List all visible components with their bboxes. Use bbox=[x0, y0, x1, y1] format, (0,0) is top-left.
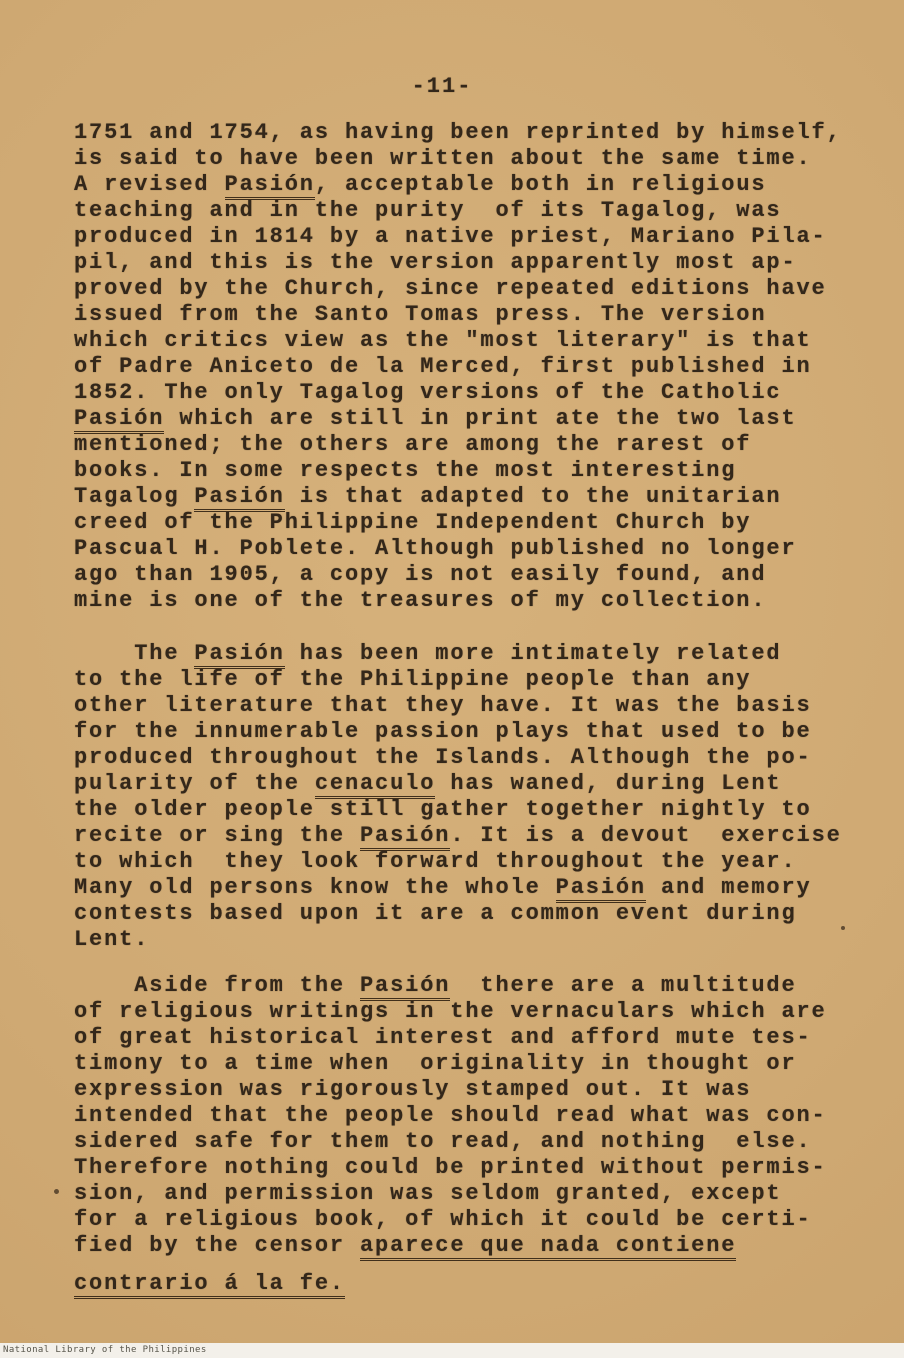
text-line: A revised Pasión, acceptable both in rel… bbox=[74, 172, 842, 198]
paragraph: Aside from the Pasión there are a multit… bbox=[74, 973, 842, 1297]
text-segment: contests based upon it are a common even… bbox=[74, 901, 797, 926]
text-segment: has been more intimately related bbox=[285, 641, 782, 666]
text-line: to the life of the Philippine people tha… bbox=[74, 667, 842, 693]
text-line: Pasión which are still in print ate the … bbox=[74, 406, 842, 432]
text-line: expression was rigorously stamped out. I… bbox=[74, 1077, 842, 1103]
text-line: Tagalog Pasión is that adapted to the un… bbox=[74, 484, 842, 510]
text-segment: Tagalog bbox=[74, 484, 194, 509]
text-segment: other literature that they have. It was … bbox=[74, 693, 812, 718]
text-line: produced in 1814 by a native priest, Mar… bbox=[74, 224, 842, 250]
text-line: issued from the Santo Tomas press. The v… bbox=[74, 302, 842, 328]
text-line: contrario á la fe. bbox=[74, 1271, 842, 1297]
text-segment: of Padre Aniceto de la Merced, first pub… bbox=[74, 354, 812, 379]
text-segment: and memory bbox=[646, 875, 812, 900]
text-line: of religious writings in the vernaculars… bbox=[74, 999, 842, 1025]
text-segment: the older people still gather together n… bbox=[74, 797, 812, 822]
text-line: 1852. The only Tagalog versions of the C… bbox=[74, 380, 842, 406]
underlined-term: cenaculo bbox=[315, 771, 435, 799]
text-line: other literature that they have. It was … bbox=[74, 693, 842, 719]
text-line: pularity of the cenaculo has waned, duri… bbox=[74, 771, 842, 797]
text-segment: mentioned; the others are among the rare… bbox=[74, 432, 751, 457]
text-segment: for the innumerable passion plays that u… bbox=[74, 719, 812, 744]
text-segment: 1751 and 1754, as having been reprinted … bbox=[74, 120, 842, 145]
text-segment: 1852. The only Tagalog versions of the C… bbox=[74, 380, 781, 405]
text-segment: Therefore nothing could be printed witho… bbox=[74, 1155, 827, 1180]
text-line: of great historical interest and afford … bbox=[74, 1025, 842, 1051]
paragraph: 1751 and 1754, as having been reprinted … bbox=[74, 120, 842, 614]
text-segment: has waned, during Lent bbox=[435, 771, 781, 796]
ink-speck bbox=[841, 926, 845, 930]
text-segment: expression was rigorously stamped out. I… bbox=[74, 1077, 751, 1102]
text-line: Lent. bbox=[74, 927, 842, 953]
underlined-term: Pasión bbox=[360, 823, 450, 851]
text-segment: Pascual H. Poblete. Although published n… bbox=[74, 536, 797, 561]
underlined-term: Pasión bbox=[74, 406, 164, 434]
underlined-term: contrario á la fe. bbox=[74, 1271, 345, 1299]
text-segment: of great historical interest and afford … bbox=[74, 1025, 812, 1050]
text-line: to which they look forward throughout th… bbox=[74, 849, 842, 875]
library-watermark: National Library of the Philippines bbox=[3, 1345, 207, 1355]
text-line: intended that the people should read wha… bbox=[74, 1103, 842, 1129]
text-line: The Pasión has been more intimately rela… bbox=[74, 641, 842, 667]
text-line: of Padre Aniceto de la Merced, first pub… bbox=[74, 354, 842, 380]
text-segment: is said to have been written about the s… bbox=[74, 146, 812, 171]
text-segment: . It is a devout exercise bbox=[450, 823, 841, 848]
text-segment: which are still in print ate the two las… bbox=[164, 406, 796, 431]
text-segment: books. In some respects the most interes… bbox=[74, 458, 736, 483]
text-segment: The bbox=[74, 641, 194, 666]
text-segment: Many old persons know the whole bbox=[74, 875, 556, 900]
text-segment: fied by the censor bbox=[74, 1233, 360, 1258]
text-line: sidered safe for them to read, and nothi… bbox=[74, 1129, 842, 1155]
text-segment: sion, and permission was seldom granted,… bbox=[74, 1181, 781, 1206]
underlined-term: Pasión bbox=[194, 641, 284, 669]
text-segment: proved by the Church, since repeated edi… bbox=[74, 276, 827, 301]
text-line: Therefore nothing could be printed witho… bbox=[74, 1155, 842, 1181]
text-segment: mine is one of the treasures of my colle… bbox=[74, 588, 766, 613]
underlined-term: Pasión bbox=[556, 875, 646, 903]
text-segment: Lent. bbox=[74, 927, 149, 952]
underlined-term: Pasión bbox=[360, 973, 450, 1001]
paragraph: The Pasión has been more intimately rela… bbox=[74, 641, 842, 953]
text-segment: timony to a time when originality in tho… bbox=[74, 1051, 797, 1076]
text-segment: to the life of the Philippine people tha… bbox=[74, 667, 751, 692]
text-segment: ago than 1905, a copy is not easily foun… bbox=[74, 562, 766, 587]
page-number: -11- bbox=[0, 74, 884, 100]
text-line: for a religious book, of which it could … bbox=[74, 1207, 842, 1233]
text-line: timony to a time when originality in tho… bbox=[74, 1051, 842, 1077]
text-line: sion, and permission was seldom granted,… bbox=[74, 1181, 842, 1207]
text-segment: intended that the people should read wha… bbox=[74, 1103, 827, 1128]
text-segment: A revised bbox=[74, 172, 225, 197]
text-line: Pascual H. Poblete. Although published n… bbox=[74, 536, 842, 562]
underlined-term: Pasión bbox=[225, 172, 315, 200]
text-segment: pularity of the bbox=[74, 771, 315, 796]
text-segment: pil, and this is the version apparently … bbox=[74, 250, 797, 275]
text-line: mentioned; the others are among the rare… bbox=[74, 432, 842, 458]
text-segment: is that adapted to the unitarian bbox=[285, 484, 782, 509]
text-segment: , acceptable both in religious bbox=[315, 172, 767, 197]
scan-footer-strip: National Library of the Philippines bbox=[0, 1343, 904, 1358]
text-line: for the innumerable passion plays that u… bbox=[74, 719, 842, 745]
text-line: 1751 and 1754, as having been reprinted … bbox=[74, 120, 842, 146]
text-segment: sidered safe for them to read, and nothi… bbox=[74, 1129, 812, 1154]
text-segment: Aside from the bbox=[74, 973, 360, 998]
text-segment: creed of the Philippine Independent Chur… bbox=[74, 510, 751, 535]
text-line: books. In some respects the most interes… bbox=[74, 458, 842, 484]
text-segment: issued from the Santo Tomas press. The v… bbox=[74, 302, 766, 327]
text-line: pil, and this is the version apparently … bbox=[74, 250, 842, 276]
text-line: the older people still gather together n… bbox=[74, 797, 842, 823]
text-segment: produced in 1814 by a native priest, Mar… bbox=[74, 224, 827, 249]
text-segment: there are a multitude bbox=[450, 973, 796, 998]
text-segment: for a religious book, of which it could … bbox=[74, 1207, 812, 1232]
text-line: produced throughout the Islands. Althoug… bbox=[74, 745, 842, 771]
text-segment: produced throughout the Islands. Althoug… bbox=[74, 745, 812, 770]
text-line: proved by the Church, since repeated edi… bbox=[74, 276, 842, 302]
text-line: Aside from the Pasión there are a multit… bbox=[74, 973, 842, 999]
text-segment: to which they look forward throughout th… bbox=[74, 849, 797, 874]
text-line: Many old persons know the whole Pasión a… bbox=[74, 875, 842, 901]
underlined-term: Pasión bbox=[194, 484, 284, 512]
text-line: is said to have been written about the s… bbox=[74, 146, 842, 172]
text-line: creed of the Philippine Independent Chur… bbox=[74, 510, 842, 536]
text-line: teaching and in the purity of its Tagalo… bbox=[74, 198, 842, 224]
text-line: contests based upon it are a common even… bbox=[74, 901, 842, 927]
text-line: mine is one of the treasures of my colle… bbox=[74, 588, 842, 614]
text-segment: recite or sing the bbox=[74, 823, 360, 848]
text-segment: which critics view as the "most literary… bbox=[74, 328, 812, 353]
text-line: fied by the censor aparece que nada cont… bbox=[74, 1233, 842, 1259]
text-segment: of religious writings in the vernaculars… bbox=[74, 999, 827, 1024]
text-segment: teaching and in the purity of its Tagalo… bbox=[74, 198, 781, 223]
ink-speck bbox=[53, 1188, 59, 1194]
document-page: -11- 1751 and 1754, as having been repri… bbox=[0, 0, 904, 1358]
text-line: ago than 1905, a copy is not easily foun… bbox=[74, 562, 842, 588]
text-line: recite or sing the Pasión. It is a devou… bbox=[74, 823, 842, 849]
underlined-term: aparece que nada contiene bbox=[360, 1233, 736, 1261]
text-line: which critics view as the "most literary… bbox=[74, 328, 842, 354]
body-text: 1751 and 1754, as having been reprinted … bbox=[74, 120, 842, 1297]
